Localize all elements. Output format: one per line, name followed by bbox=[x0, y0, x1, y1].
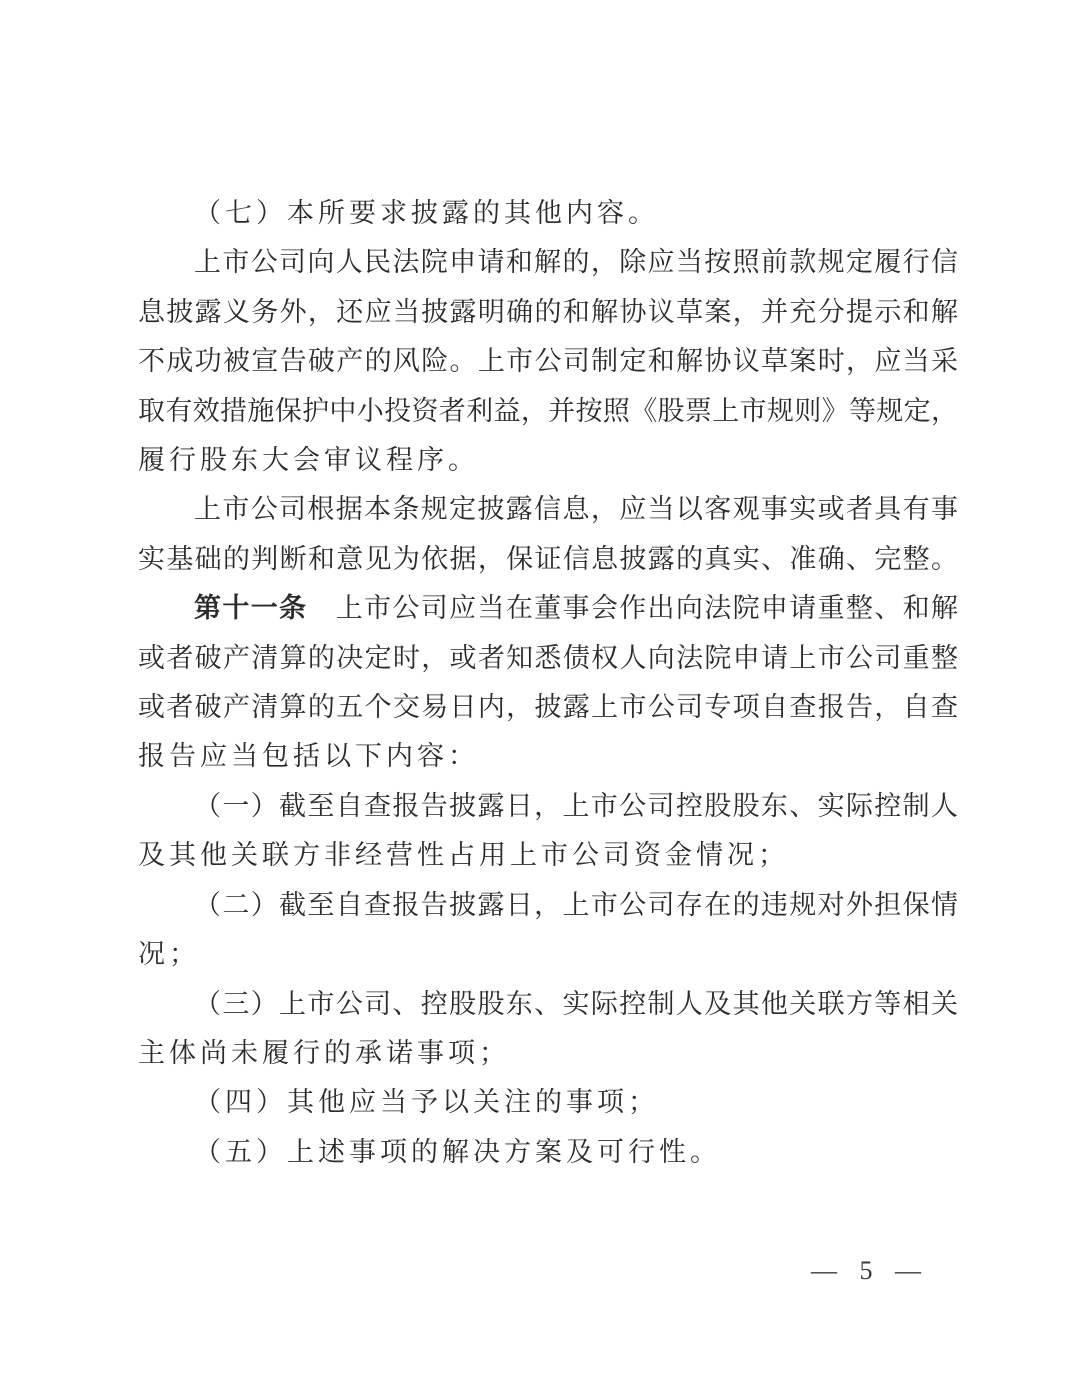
text-line: 及其他关联方非经营性占用上市公司资金情况； bbox=[138, 831, 958, 880]
text-line-item3: （三）上市公司、控股股东、实际控制人及其他关联方等相关 bbox=[138, 980, 958, 1029]
article-number-label: 第十一条 bbox=[194, 593, 307, 623]
text-line: 况； bbox=[138, 930, 958, 979]
text-line: 履行股东大会审议程序。 bbox=[138, 436, 958, 485]
page-number: — 5 — bbox=[811, 1256, 922, 1286]
text-line-item5: （五）上述事项的解决方案及可行性。 bbox=[138, 1128, 958, 1177]
text-line-article-11: 第十一条 上市公司应当在董事会作出向法院申请重整、和解 bbox=[138, 584, 958, 633]
text-line: 上市公司向人民法院申请和解的，除应当按照前款规定履行信 bbox=[138, 238, 958, 287]
text-line: 或者破产清算的决定时，或者知悉债权人向法院申请上市公司重整 bbox=[138, 634, 958, 683]
article-text: 上市公司应当在董事会作出向法院申请重整、和解 bbox=[307, 593, 958, 623]
text-line: 主体尚未履行的承诺事项； bbox=[138, 1029, 958, 1078]
text-line: 息披露义务外，还应当披露明确的和解协议草案，并充分提示和解 bbox=[138, 288, 958, 337]
text-line: 不成功被宣告破产的风险。上市公司制定和解协议草案时，应当采 bbox=[138, 337, 958, 386]
text-line: 或者破产清算的五个交易日内，披露上市公司专项自查报告，自查 bbox=[138, 683, 958, 732]
text-line: 实基础的判断和意见为依据，保证信息披露的真实、准确、完整。 bbox=[138, 535, 958, 584]
text-line: 上市公司根据本条规定披露信息，应当以客观事实或者具有事 bbox=[138, 485, 958, 534]
text-line-item4: （四）其他应当予以关注的事项； bbox=[138, 1078, 958, 1127]
text-line: 取有效措施保护中小投资者利益，并按照《股票上市规则》等规定， bbox=[138, 387, 958, 436]
text-line: 报告应当包括以下内容： bbox=[138, 732, 958, 781]
text-line-item7-heading: （七）本所要求披露的其他内容。 bbox=[138, 189, 958, 238]
document-page: （七）本所要求披露的其他内容。 上市公司向人民法院申请和解的，除应当按照前款规定… bbox=[0, 0, 1080, 1398]
text-line-item2: （二）截至自查报告披露日，上市公司存在的违规对外担保情 bbox=[138, 881, 958, 930]
document-body: （七）本所要求披露的其他内容。 上市公司向人民法院申请和解的，除应当按照前款规定… bbox=[138, 189, 958, 1177]
text-line-item1: （一）截至自查报告披露日，上市公司控股股东、实际控制人 bbox=[138, 782, 958, 831]
